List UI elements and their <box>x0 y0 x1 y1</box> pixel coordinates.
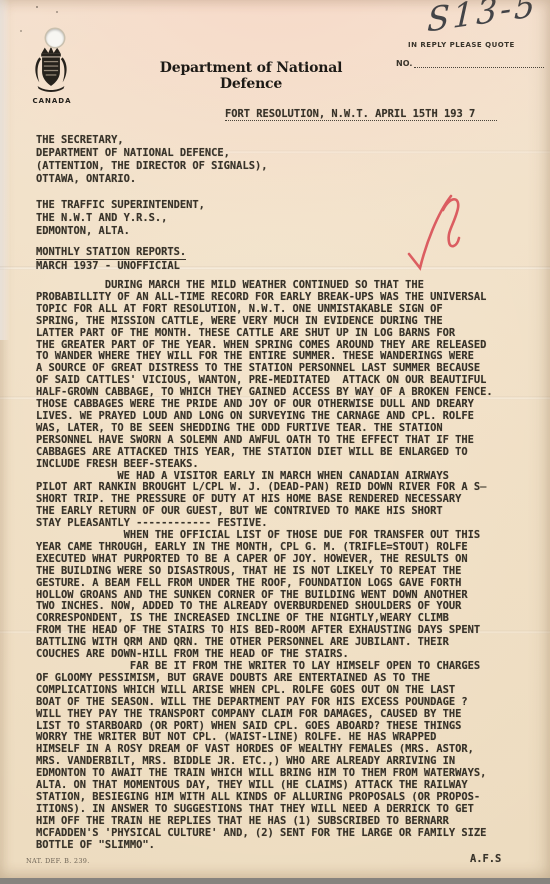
ink-speck <box>20 30 22 32</box>
recipient-block-secondary: THE TRAFFIC SUPERINTENDENT, THE N.W.T AN… <box>36 199 205 238</box>
red-pencil-checkmark-icon <box>393 188 508 284</box>
recipient-block-primary: THE SECRETARY, DEPARTMENT OF NATIONAL DE… <box>36 134 267 186</box>
no-field-label: NO. <box>396 59 412 68</box>
document-paper: CANADA Department of National Defence S1… <box>0 0 550 878</box>
subject-line-1: MONTHLY STATION REPORTS. <box>36 246 186 260</box>
letter-body: DURING MARCH THE MILD WEATHER CONTINUED … <box>36 280 493 852</box>
hole-punch <box>46 29 64 47</box>
form-number: NAT. DEF. B. 239. <box>26 857 90 865</box>
scan-edge-flare <box>0 0 10 340</box>
body-paragraph: WHEN THE OFFICIAL LIST OF THOSE DUE FOR … <box>36 530 493 661</box>
no-field-dotted-line <box>414 58 544 68</box>
ink-speck <box>56 11 58 13</box>
org-title: Department of National Defence <box>146 60 356 92</box>
scan-edge-bottom <box>0 878 550 884</box>
file-number-field: NO. <box>396 58 544 68</box>
subject-block: MONTHLY STATION REPORTS. MARCH 1937 - UN… <box>36 246 186 273</box>
handwritten-file-reference: S13-5 <box>427 0 539 40</box>
body-paragraph: DURING MARCH THE MILD WEATHER CONTINUED … <box>36 280 493 471</box>
paper-crease <box>220 150 550 154</box>
reply-quote-label: IN REPLY PLEASE QUOTE <box>408 41 515 49</box>
typist-initials: A.F.S <box>470 853 501 865</box>
coat-of-arms-icon <box>33 44 69 94</box>
body-paragraph: FAR BE IT FROM THE WRITER TO LAY HIMSELF… <box>36 661 493 852</box>
dateline: FORT RESOLUTION, N.W.T. APRIL 15TH 193 7 <box>225 108 497 121</box>
scanned-page: CANADA Department of National Defence S1… <box>0 0 550 884</box>
subject-line-2: MARCH 1937 - UNOFFICIAL <box>36 260 186 273</box>
crest-caption: CANADA <box>30 97 74 105</box>
body-paragraph: WE HAD A VISITOR EARLY IN MARCH WHEN CAN… <box>36 471 493 531</box>
ink-speck <box>36 6 38 8</box>
